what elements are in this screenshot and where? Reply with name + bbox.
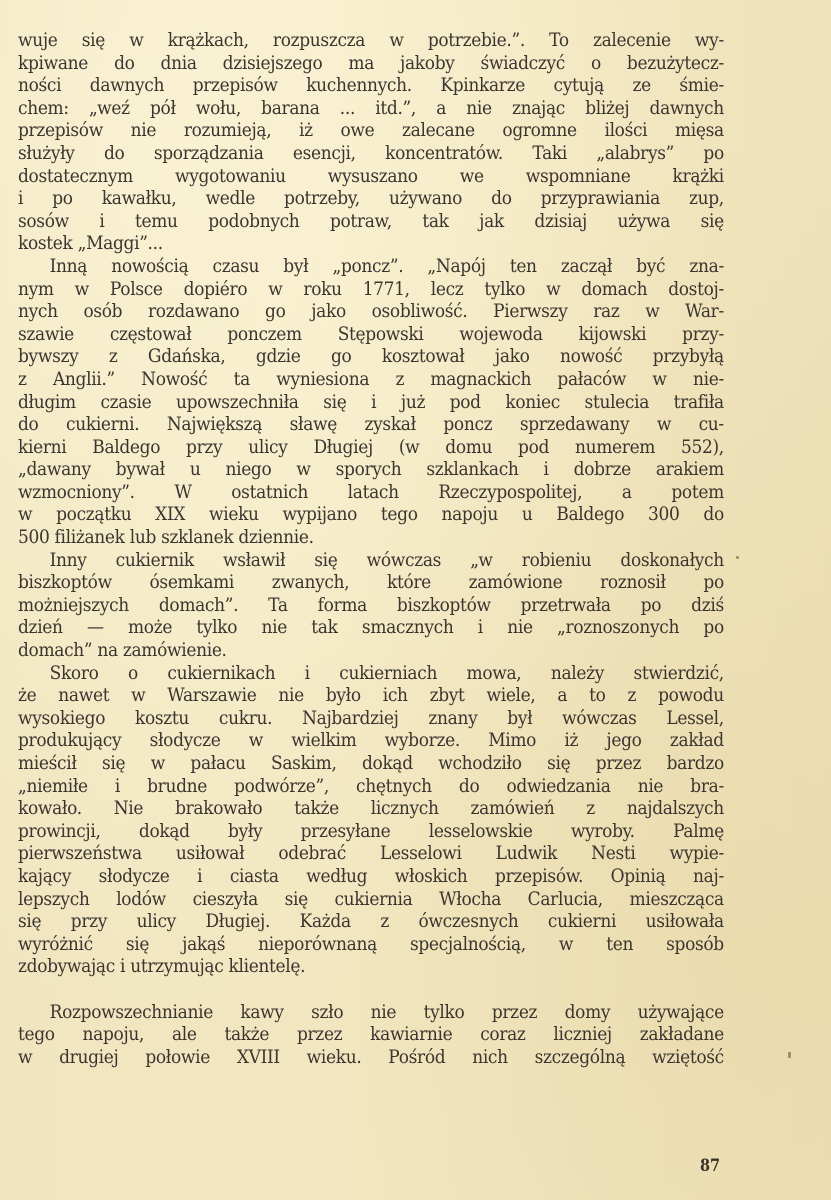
paragraph-1: wuje się w krążkach, rozpuszcza w potrze…: [18, 30, 724, 256]
text-line: Skoro o cukiernikach i cukierniach mowa,…: [18, 663, 724, 686]
text-line: do cukierni. Największą sławę zyskał pon…: [18, 414, 724, 437]
text-line: prowincji, dokąd były przesyłane lesselo…: [18, 821, 724, 844]
text-line: mieścił się w pałacu Saskim, dokąd wchod…: [18, 753, 724, 776]
text-line: kostek „Maggi”...: [18, 233, 724, 256]
text-line: nych osób rozdawano go jako osobliwość. …: [18, 301, 724, 324]
text-line: ności dawnych przepisów kuchennych. Kpin…: [18, 75, 724, 98]
text-line: z Anglii.” Nowość ta wyniesiona z magnac…: [18, 369, 724, 392]
page-number: 87: [700, 1156, 720, 1176]
text-line: biszkoptów ósemkami zwanych, które zamów…: [18, 572, 724, 595]
text-line: pierwszeństwa usiłował odebrać Lesselowi…: [18, 843, 724, 866]
text-line: w drugiej połowie XVIII wieku. Pośród ni…: [18, 1047, 724, 1070]
text-line: się przy ulicy Długiej. Każda z ówczesny…: [18, 911, 724, 934]
text-line: Inną nowością czasu był „poncz”. „Napój …: [18, 256, 724, 279]
text-line: wysokiego kosztu cukru. Najbardziej znan…: [18, 708, 724, 731]
paragraph-4: Skoro o cukiernikach i cukierniach mowa,…: [18, 663, 724, 979]
text-line: bywszy z Gdańska, gdzie go kosztował jak…: [18, 346, 724, 369]
text-line: domach” na zamówienie.: [18, 640, 724, 663]
text-line: tego napoju, ale także przez kawiarnie c…: [18, 1024, 724, 1047]
text-line: lepszych lodów cieszyła się cukiernia Wł…: [18, 889, 724, 912]
section-gap: [18, 979, 724, 1002]
paragraph-3: Inny cukiernik wsławił się wówczas „w ro…: [18, 550, 724, 663]
text-line: produkujący słodycze w wielkim wyborze. …: [18, 730, 724, 753]
text-line: „dawany bywał u niego w sporych szklanka…: [18, 459, 724, 482]
paragraph-5: Rozpowszechnianie kawy szło nie tylko pr…: [18, 1002, 724, 1070]
text-line: sosów i temu podobnych potraw, tak jak d…: [18, 211, 724, 234]
text-line: zdobywając i utrzymując klientelę.: [18, 956, 724, 979]
text-line: szawie częstował ponczem Stępowski wojew…: [18, 324, 724, 347]
text-line: i po kawałku, wedle potrzeby, używano do…: [18, 188, 724, 211]
text-line: wzmocniony”. W ostatnich latach Rzeczypo…: [18, 482, 724, 505]
text-line: Inny cukiernik wsławił się wówczas „w ro…: [18, 550, 724, 573]
text-line: dostatecznym wygotowaniu wysuszano we ws…: [18, 166, 724, 189]
text-line: kierni Baldego przy ulicy Długiej (w dom…: [18, 437, 724, 460]
text-line: że nawet w Warszawie nie było ich zbyt w…: [18, 685, 724, 708]
paper-speck: [736, 556, 739, 559]
book-page-text: wuje się w krążkach, rozpuszcza w potrze…: [18, 30, 724, 1069]
text-line: wuje się w krążkach, rozpuszcza w potrze…: [18, 30, 724, 53]
text-line: przepisów nie rozumieją, iż owe zalecane…: [18, 120, 724, 143]
text-line: w początku XIX wieku wypijano tego napoj…: [18, 504, 724, 527]
text-line: wyróżnić się jakąś nieporównaną specjaln…: [18, 934, 724, 957]
text-line: Rozpowszechnianie kawy szło nie tylko pr…: [18, 1002, 724, 1025]
text-line: nym w Polsce dopiéro w roku 1771, lecz t…: [18, 279, 724, 302]
text-line: możniejszych domach”. Ta forma biszkoptó…: [18, 595, 724, 618]
text-line: służyły do sporządzania esencji, koncent…: [18, 143, 724, 166]
text-line: chem: „weź pół wołu, barana ... itd.”, a…: [18, 98, 724, 121]
text-line: długim czasie upowszechniła się i już po…: [18, 392, 724, 415]
text-line: kający słodycze i ciasta według włoskich…: [18, 866, 724, 889]
paragraph-2: Inną nowością czasu był „poncz”. „Napój …: [18, 256, 724, 550]
text-line: „niemiłe i brudne podwórze”, chętnych do…: [18, 776, 724, 799]
text-line: 500 filiżanek lub szklanek dziennie.: [18, 527, 724, 550]
paper-speck: [788, 1052, 791, 1058]
text-line: dzień — może tylko nie tak smacznych i n…: [18, 617, 724, 640]
text-line: kowało. Nie brakowało także licznych zam…: [18, 798, 724, 821]
text-line: kpiwane do dnia dzisiejszego ma jakoby ś…: [18, 53, 724, 76]
